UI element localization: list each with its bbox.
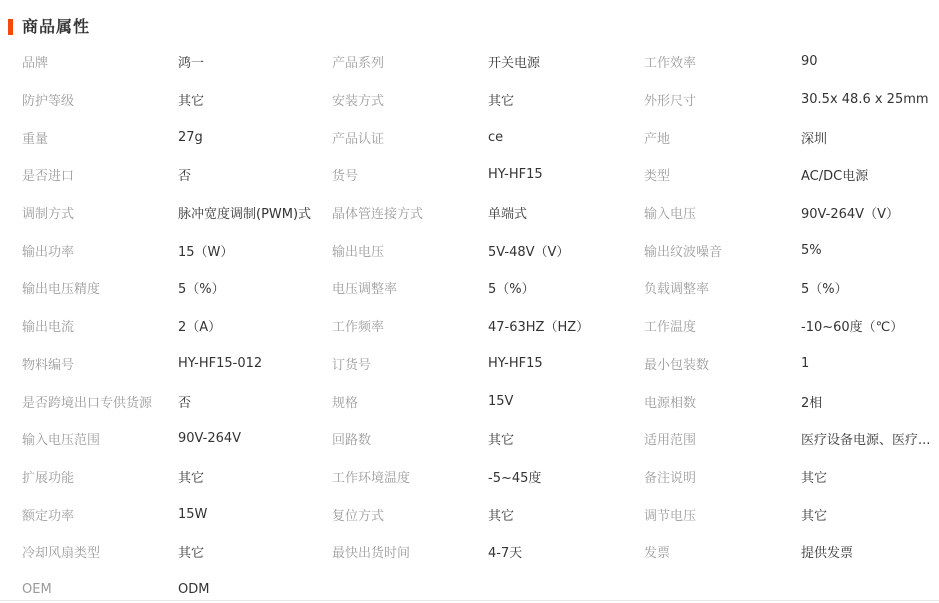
attribute-label: 输出电压 [332,231,488,269]
attribute-value: 医疗设备电源、医疗... [801,420,939,458]
attribute-label: 产品认证 [332,118,488,156]
product-attributes-panel: 商品属性 品牌鸿一产品系列开关电源工作效率90防护等级其它安装方式其它外形尺寸3… [0,0,939,603]
attribute-label: 货号 [332,156,488,194]
attribute-label: 规格 [332,382,488,420]
attribute-value: 4-7天 [488,533,644,571]
attribute-value: 其它 [488,420,644,458]
section-title: 商品属性 [22,19,90,35]
attribute-label: 电压调整率 [332,269,488,307]
attribute-value: 90V-264V [178,420,332,458]
attribute-label: 安装方式 [332,81,488,119]
attribute-value: 其它 [178,81,332,119]
attribute-value: 提供发票 [801,533,939,571]
attribute-value: HY-HF15-012 [178,345,332,383]
attribute-label: 输出电流 [22,307,178,345]
attribute-label: 最快出货时间 [332,533,488,571]
attribute-label: 输出电压精度 [22,269,178,307]
attribute-label: 备注说明 [644,458,801,496]
attribute-label: 订货号 [332,345,488,383]
attribute-value: 开关电源 [488,43,644,81]
attribute-label: 发票 [644,533,801,571]
attribute-value: 15W [178,495,332,533]
attribute-label: 工作环境温度 [332,458,488,496]
bottom-divider [0,600,939,601]
attribute-value: 30.5x 48.6 x 25mm [801,81,939,119]
attribute-label: 工作温度 [644,307,801,345]
attribute-label: 回路数 [332,420,488,458]
attribute-label: 防护等级 [22,81,178,119]
attribute-label: 重量 [22,118,178,156]
attribute-value: 否 [178,156,332,194]
attribute-label: 工作频率 [332,307,488,345]
section-header: 商品属性 [0,0,939,37]
attribute-label: 产地 [644,118,801,156]
attribute-value: 90V-264V（V） [801,194,939,232]
attribute-value: 鸿一 [178,43,332,81]
attribute-label: 输入电压范围 [22,420,178,458]
attribute-label: 调节电压 [644,495,801,533]
attribute-value: 47-63HZ（HZ） [488,307,644,345]
attribute-value: AC/DC电源 [801,156,939,194]
attribute-label: 晶体管连接方式 [332,194,488,232]
attribute-value: -5~45度 [488,458,644,496]
attribute-value: 其它 [801,458,939,496]
attribute-label: 扩展功能 [22,458,178,496]
attribute-label: 额定功率 [22,495,178,533]
attribute-value: 5（%） [488,269,644,307]
attribute-value: 否 [178,382,332,420]
attribute-value [488,571,644,603]
attribute-label: 工作效率 [644,43,801,81]
attribute-value: 15V [488,382,644,420]
attribute-value: 5% [801,231,939,269]
attribute-value: 其它 [178,458,332,496]
attribute-value: 其它 [178,533,332,571]
attribute-value: ce [488,118,644,156]
attribute-value: 5（%） [801,269,939,307]
attribute-value: ODM [178,571,332,603]
attribute-value: 其它 [488,495,644,533]
attribute-value: HY-HF15 [488,156,644,194]
attribute-label: 是否跨境出口专供货源 [22,382,178,420]
attribute-label [644,571,801,603]
attribute-label: 输入电压 [644,194,801,232]
attribute-value: 深圳 [801,118,939,156]
attribute-label: 外形尺寸 [644,81,801,119]
attribute-value: HY-HF15 [488,345,644,383]
attribute-label: 输出纹波噪音 [644,231,801,269]
attributes-table: 品牌鸿一产品系列开关电源工作效率90防护等级其它安装方式其它外形尺寸30.5x … [0,43,939,603]
attribute-value [801,571,939,603]
attribute-label: 是否进口 [22,156,178,194]
attribute-label: 冷却风扇类型 [22,533,178,571]
attribute-value: 15（W） [178,231,332,269]
attribute-value: 其它 [488,81,644,119]
attribute-value: 27g [178,118,332,156]
attribute-label: 类型 [644,156,801,194]
attribute-value: 5（%） [178,269,332,307]
attribute-value: 90 [801,43,939,81]
attribute-value: -10~60度（℃） [801,307,939,345]
attribute-value: 单端式 [488,194,644,232]
attribute-label: 品牌 [22,43,178,81]
attribute-label [332,571,488,603]
attribute-value: 其它 [801,495,939,533]
attribute-label: 复位方式 [332,495,488,533]
attribute-label: 最小包装数 [644,345,801,383]
attribute-value: 5V-48V（V） [488,231,644,269]
attribute-value: 脉冲宽度调制(PWM)式 [178,194,332,232]
attribute-label: 物料编号 [22,345,178,383]
attribute-value: 2相 [801,382,939,420]
attribute-value: 1 [801,345,939,383]
attribute-label: 适用范围 [644,420,801,458]
section-accent-bar-icon [8,19,13,35]
attribute-label: 输出功率 [22,231,178,269]
attribute-label: 负载调整率 [644,269,801,307]
attribute-label: 调制方式 [22,194,178,232]
attribute-label: 产品系列 [332,43,488,81]
attribute-value: 2（A） [178,307,332,345]
attribute-label: OEM [22,571,178,603]
attribute-label: 电源相数 [644,382,801,420]
